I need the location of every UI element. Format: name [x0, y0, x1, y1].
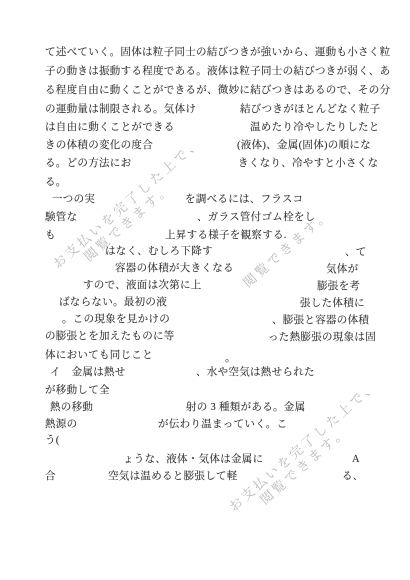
- payment-watermark: 閲覧できます。: [209, 195, 334, 309]
- scanned-document-page: て述べていく。固体は粒子同士の結びつきが強いから、運動も小さく粒子の動きは振動す…: [0, 0, 410, 580]
- payment-watermark-line1: お支払いを完了した上で、: [226, 377, 381, 514]
- payment-watermark-line1: お支払いを完了した上で、: [50, 134, 205, 271]
- payment-watermark: お支払いを完了した上で、閲覧できます。: [50, 134, 214, 282]
- payment-watermark-line2: 閲覧できます。: [240, 206, 334, 290]
- payment-watermark-line1: [209, 195, 324, 297]
- payment-watermark: お支払いを完了した上で、閲覧できます。: [226, 377, 390, 525]
- payment-watermark-line2: 閲覧できます。: [81, 146, 214, 265]
- watermark-layer: お支払いを完了した上で、閲覧できます。 閲覧できます。お支払いを完了した上で、閲…: [0, 0, 410, 580]
- payment-watermark-line2: 閲覧できます。: [257, 389, 390, 508]
